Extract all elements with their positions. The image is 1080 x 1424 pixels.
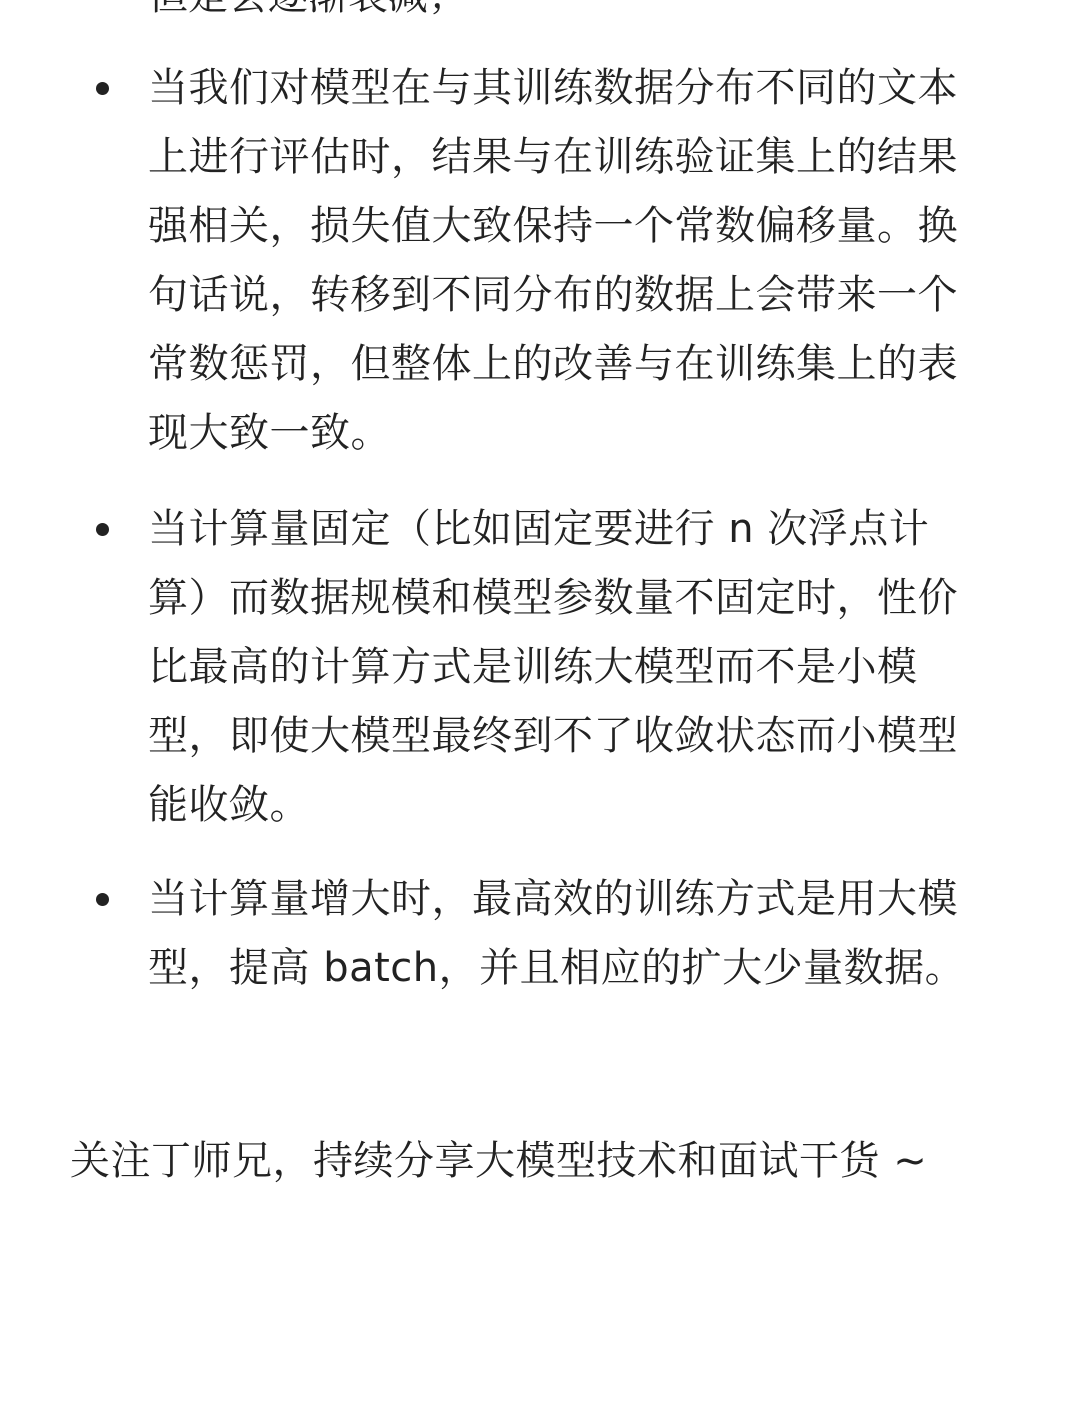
bullet-line: 能收敛。	[148, 771, 1008, 840]
follow-footer-text: 关注丁师兄，持续分享大模型技术和面试干货 ~	[70, 1127, 927, 1196]
bullet-line: 当计算量固定（比如固定要进行 n 次浮点计	[148, 495, 1008, 564]
bullet-item: 当计算量固定（比如固定要进行 n 次浮点计 算）而数据规模和模型参数量不固定时，…	[148, 495, 1008, 840]
bullet-line: 上进行评估时，结果与在训练验证集上的结果	[148, 123, 1008, 192]
bullet-line: 算）而数据规模和模型参数量不固定时，性价	[148, 564, 1008, 633]
bullet-line: 常数惩罚，但整体上的改善与在训练集上的表	[148, 330, 1008, 399]
cutoff-previous-line: 但是会逐渐衰减；	[148, 0, 468, 31]
bullet-line: 当我们对模型在与其训练数据分布不同的文本	[148, 54, 1008, 123]
bullet-line: 当计算量增大时，最高效的训练方式是用大模	[148, 865, 1008, 934]
bullet-line: 强相关，损失值大致保持一个常数偏移量。换	[148, 192, 1008, 261]
bullet-line: 型，提高 batch，并且相应的扩大少量数据。	[148, 934, 1008, 1003]
bullet-dot-icon	[96, 893, 109, 906]
article-page: 但是会逐渐衰减； 当我们对模型在与其训练数据分布不同的文本 上进行评估时，结果与…	[0, 0, 1080, 1424]
bullet-dot-icon	[96, 523, 109, 536]
bullet-line: 型，即使大模型最终到不了收敛状态而小模型	[148, 702, 1008, 771]
bullet-item: 当计算量增大时，最高效的训练方式是用大模 型，提高 batch，并且相应的扩大少…	[148, 865, 1008, 1003]
bullet-line: 句话说，转移到不同分布的数据上会带来一个	[148, 261, 1008, 330]
bullet-item: 当我们对模型在与其训练数据分布不同的文本 上进行评估时，结果与在训练验证集上的结…	[148, 54, 1008, 468]
bullet-line: 现大致一致。	[148, 399, 1008, 468]
bullet-dot-icon	[96, 82, 109, 95]
bullet-line: 比最高的计算方式是训练大模型而不是小模	[148, 633, 1008, 702]
